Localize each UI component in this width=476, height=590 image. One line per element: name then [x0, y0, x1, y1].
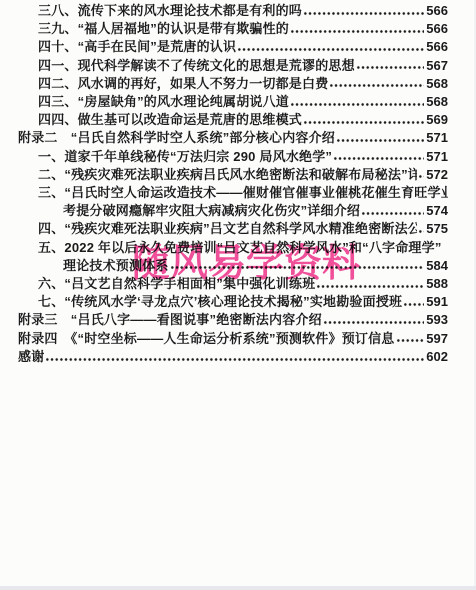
- dotted-leader: [290, 93, 424, 111]
- toc-page-number: 572: [426, 166, 448, 184]
- toc-row: 三八、流传下来的风水理论技术都是有利的吗566: [18, 2, 448, 20]
- toc-row: 三九、“福人居福地”的认识是带有欺骗性的566: [18, 20, 448, 38]
- dotted-leader: [403, 293, 424, 311]
- toc-entry-title: 六、“吕文艺自然科学手相面相”集中强化训练班: [38, 275, 315, 293]
- toc-entry-title: 三、“吕氏时空人命运改造技术——催财催官催事业催桃花催生育旺学业助: [38, 184, 448, 202]
- dotted-leader: [303, 2, 424, 20]
- toc-entry-title: 附录三 “吕氏八字——看图说事”绝密断法内容介绍: [18, 311, 322, 329]
- toc-row: 四一、现代科学解读不了传统文化的思想是荒谬的思想567: [18, 57, 448, 75]
- toc-row: 四四、做生基可以改造命运是荒唐的思维模式569: [18, 111, 448, 129]
- toc-entry-title: 四、“残疾灾难死法职业疾病”吕文艺自然科学风水精准绝密断法公开传授: [38, 220, 417, 238]
- toc-row: 附录三 “吕氏八字——看图说事”绝密断法内容介绍593: [18, 311, 448, 329]
- toc-entry-title: 考提分破网瘾解牢灾阻大病减病灾化伤灾”详细介绍: [63, 202, 360, 220]
- toc-entry-title: 附录四 《“时空坐标——人生命运分析系统”预测软件》预订信息: [18, 330, 395, 348]
- toc-row: 四十、“高手在民间”是荒唐的认识566: [18, 38, 448, 56]
- dotted-leader: [45, 348, 424, 366]
- toc-row: 六、“吕文艺自然科学手相面相”集中强化训练班588: [18, 275, 448, 293]
- toc-entry-title: 三九、“福人居福地”的认识是带有欺骗性的: [38, 20, 289, 38]
- toc-entry-title: 理论技术预测体系: [63, 257, 169, 275]
- toc-row: 五、2022 年以后永久免费培训“吕文艺自然科学风水”和“八字命理学”: [18, 239, 448, 257]
- toc-entry-title: 二、“残疾灾难死法职业疾病吕氏风水绝密断法和破解布局秘法”详细介绍: [38, 166, 417, 184]
- toc-page-number: 566: [426, 2, 448, 20]
- toc-row: 三、“吕氏时空人命运改造技术——催财催官催事业催桃花催生育旺学业助: [18, 184, 448, 202]
- dotted-leader: [329, 75, 424, 93]
- toc-page-number: 568: [426, 93, 448, 111]
- dotted-leader: [290, 20, 424, 38]
- dotted-leader: [303, 111, 424, 129]
- toc-page-number: 597: [426, 330, 448, 348]
- toc-page-number: 584: [426, 257, 448, 275]
- page-bottom-edge: [0, 586, 476, 590]
- toc-row: 附录二 “吕氏自然科学时空人系统”部分核心内容介绍571: [18, 129, 448, 147]
- toc-page-number: 574: [426, 202, 448, 220]
- dotted-leader: [323, 311, 424, 329]
- toc-row: 四三、“房屋缺角”的风水理论纯属胡说八道568: [18, 93, 448, 111]
- toc-page-number: 593: [426, 311, 448, 329]
- toc-row: 二、“残疾灾难死法职业疾病吕氏风水绝密断法和破解布局秘法”详细介绍572: [18, 166, 448, 184]
- toc-row: 感谢602: [18, 348, 448, 366]
- toc-row: 理论技术预测体系584: [18, 257, 448, 275]
- toc-row: 四二、风水调的再好，如果人不努力一切都是白费568: [18, 75, 448, 93]
- toc-entry-title: 四三、“房屋缺角”的风水理论纯属胡说八道: [38, 93, 289, 111]
- toc-entry-title: 附录二 “吕氏自然科学时空人系统”部分核心内容介绍: [18, 129, 335, 147]
- toc-row: 七、“传统风水学‘寻龙点穴’核心理论技术揭秘”实地勘验面授班591: [18, 293, 448, 311]
- toc-page-number: 568: [426, 75, 448, 93]
- toc-page-number: 602: [426, 348, 448, 366]
- dotted-leader: [396, 330, 425, 348]
- toc-page-number: 588: [426, 275, 448, 293]
- dotted-leader: [418, 166, 424, 184]
- toc-list: 三八、流传下来的风水理论技术都是有利的吗566三九、“福人居福地”的认识是带有欺…: [18, 2, 448, 366]
- toc-entry-title: 三八、流传下来的风水理论技术都是有利的吗: [38, 2, 302, 20]
- toc-entry-title: 感谢: [18, 348, 44, 366]
- dotted-leader: [237, 38, 424, 56]
- toc-page-number: 569: [426, 111, 448, 129]
- dotted-leader: [361, 202, 424, 220]
- toc-row: 附录四 《“时空坐标——人生命运分析系统”预测软件》预订信息597: [18, 330, 448, 348]
- dotted-leader: [170, 257, 425, 275]
- toc-page-number: 591: [426, 293, 448, 311]
- dotted-leader: [356, 57, 424, 75]
- toc-page-number: 571: [426, 148, 448, 166]
- dotted-leader: [316, 275, 424, 293]
- toc-entry-title: 四十、“高手在民间”是荒唐的认识: [38, 38, 236, 56]
- dotted-leader: [418, 220, 424, 238]
- toc-row: 四、“残疾灾难死法职业疾病”吕文艺自然科学风水精准绝密断法公开传授575: [18, 220, 448, 238]
- toc-entry-title: 一、道家千年单线秘传“万法归宗 290 局风水绝学”: [38, 148, 332, 166]
- toc-row: 考提分破网瘾解牢灾阻大病减病灾化伤灾”详细介绍574: [18, 202, 448, 220]
- toc-entry-title: 四一、现代科学解读不了传统文化的思想是荒谬的思想: [38, 57, 355, 75]
- dotted-leader: [333, 148, 424, 166]
- toc-entry-title: 七、“传统风水学‘寻龙点穴’核心理论技术揭秘”实地勘验面授班: [38, 293, 402, 311]
- toc-entry-title: 四二、风水调的再好，如果人不努力一切都是白费: [38, 75, 328, 93]
- toc-page-number: 566: [426, 38, 448, 56]
- toc-row: 一、道家千年单线秘传“万法归宗 290 局风水绝学”571: [18, 148, 448, 166]
- toc-page-number: 566: [426, 20, 448, 38]
- toc-page-number: 575: [426, 220, 448, 238]
- toc-page-number: 567: [426, 57, 448, 75]
- toc-entry-title: 五、2022 年以后永久免费培训“吕文艺自然科学风水”和“八字命理学”: [38, 239, 442, 257]
- scanned-toc-page: 三八、流传下来的风水理论技术都是有利的吗566三九、“福人居福地”的认识是带有欺…: [0, 0, 476, 590]
- toc-page-number: 571: [426, 129, 448, 147]
- toc-entry-title: 四四、做生基可以改造命运是荒唐的思维模式: [38, 111, 302, 129]
- dotted-leader: [336, 129, 424, 147]
